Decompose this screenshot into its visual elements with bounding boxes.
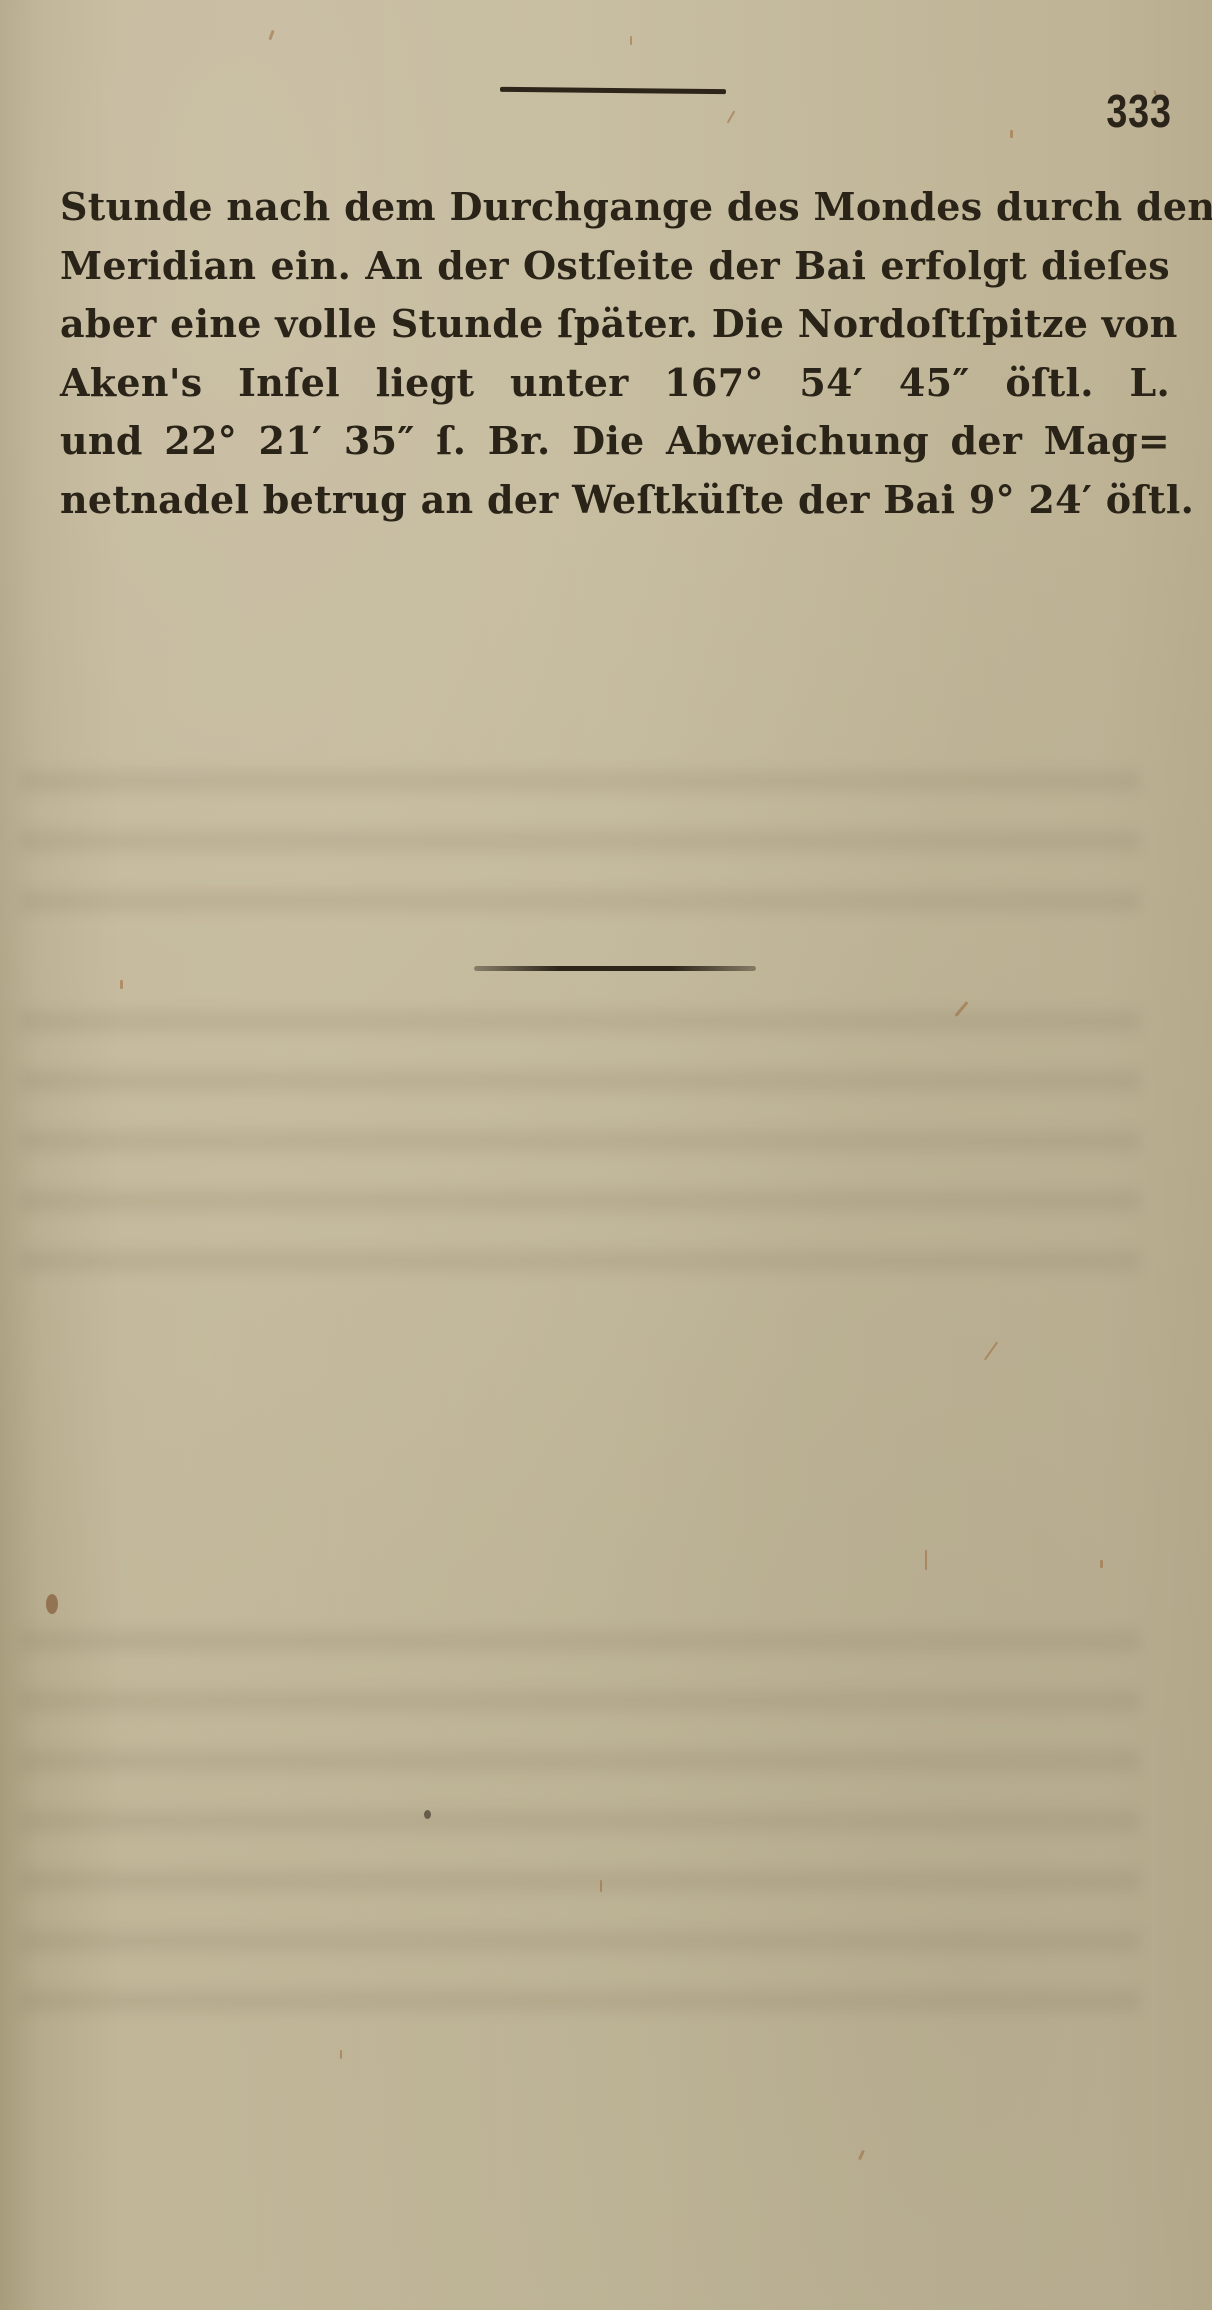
show-through-line: [20, 1630, 1140, 1652]
text-line: netnadel betrug an der Weſtküſte der Bai…: [60, 471, 1170, 530]
show-through-line: [20, 770, 1140, 792]
paper-speck: [268, 30, 274, 40]
paper-speck: [727, 110, 736, 123]
show-through-line: [20, 1690, 1140, 1712]
show-through-line: [20, 1190, 1140, 1212]
paper-speck: [858, 2150, 865, 2160]
show-through-line: [20, 830, 1140, 852]
book-page: 333 Stunde nach dem Durchgange des Monde…: [0, 0, 1212, 2310]
show-through-line: [20, 1070, 1140, 1092]
header-rule: [500, 87, 726, 94]
paper-speck: [1010, 130, 1013, 138]
paper-speck: [630, 36, 632, 45]
show-through-line: [20, 1010, 1140, 1032]
paper-speck: [984, 1341, 998, 1360]
show-through-line: [20, 1810, 1140, 1832]
show-through-line: [20, 1130, 1140, 1152]
paper-speck: [925, 1550, 927, 1570]
text-line: Stunde nach dem Durchgange des Mondes du…: [60, 178, 1170, 237]
show-through-line: [20, 1750, 1140, 1772]
paper-speck: [1100, 1560, 1103, 1568]
text-line: Aken's Inſel liegt unter 167° 54′ 45″ öſ…: [60, 354, 1170, 413]
show-through-line: [20, 1990, 1140, 2012]
section-end-rule: [474, 966, 756, 971]
show-through-line: [20, 1870, 1140, 1892]
show-through-line: [20, 890, 1140, 912]
text-line: aber eine volle Stunde ſpäter. Die Nordo…: [60, 295, 1170, 354]
text-line: Meridian ein. An der Ostſeite der Bai er…: [60, 237, 1170, 296]
text-line: und 22° 21′ 35″ ſ. Br. Die Abweichung de…: [60, 412, 1170, 471]
show-through-line: [20, 1250, 1140, 1272]
show-through-line: [20, 1930, 1140, 1952]
page-number: 333: [1107, 84, 1172, 138]
paper-speck: [340, 2050, 342, 2059]
ink-spot: [46, 1594, 58, 1614]
paper-speck: [120, 980, 123, 989]
body-paragraph: Stunde nach dem Durchgange des Mondes du…: [60, 178, 1170, 529]
